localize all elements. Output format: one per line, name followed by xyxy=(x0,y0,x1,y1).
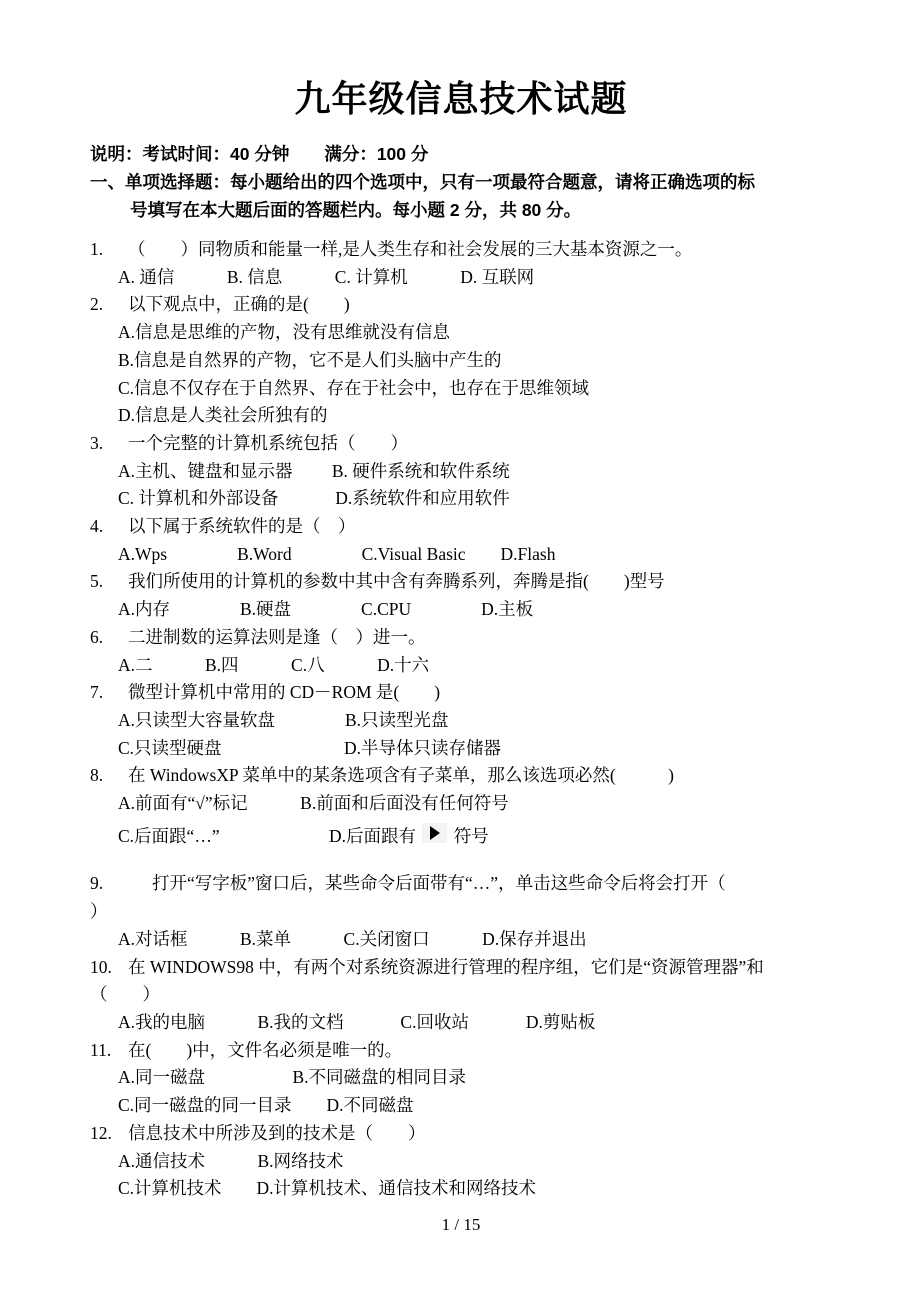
question-stem: 在( )中，文件名必须是唯一的。 xyxy=(128,1037,832,1065)
option-line: A.同一磁盘 B.不同磁盘的相同目录 xyxy=(90,1064,832,1092)
question-stem: 以下观点中，正确的是( ) xyxy=(128,291,832,319)
question-list: 1.（ ）同物质和能量一样,是人类生存和社会发展的三大基本资源之一。A. 通信 … xyxy=(90,236,832,1203)
question-stem-continuation: ） xyxy=(90,898,832,926)
question-row: 1.（ ）同物质和能量一样,是人类生存和社会发展的三大基本资源之一。 xyxy=(90,236,832,264)
question-stem: 我们所使用的计算机的参数中其中含有奔腾系列，奔腾是指( )型号 xyxy=(128,568,832,596)
question-stem: 微型计算机中常用的 CD－ROM 是( ) xyxy=(128,679,832,707)
question-number: 8. xyxy=(90,762,128,790)
option-line: A.我的电脑 B.我的文档 C.回收站 D.剪贴板 xyxy=(90,1009,832,1037)
option-line: D.信息是人类社会所独有的 xyxy=(90,402,832,430)
question-number: 11. xyxy=(90,1037,128,1065)
question-stem: 以下属于系统软件的是（ ） xyxy=(128,513,832,541)
option-line: A.Wps B.Word C.Visual Basic D.Flash xyxy=(90,541,832,569)
option-line: A.通信技术 B.网络技术 xyxy=(90,1148,832,1176)
option-line: C.后面跟“…” D.后面跟有 符号 xyxy=(90,818,832,858)
option-text: 符号 xyxy=(449,826,488,846)
option-line: C. 计算机和外部设备 D.系统软件和应用软件 xyxy=(90,485,832,513)
question-number: 5. xyxy=(90,568,128,596)
question-row: 2.以下观点中，正确的是( ) xyxy=(90,291,832,319)
option-line: A.前面有“√”标记 B.前面和后面没有任何符号 xyxy=(90,790,832,818)
option-line: A.主机、键盘和显示器 B. 硬件系统和软件系统 xyxy=(90,458,832,486)
question-row: 3.一个完整的计算机系统包括（ ） xyxy=(90,430,832,458)
question-row: 11.在( )中，文件名必须是唯一的。 xyxy=(90,1037,832,1065)
question-row: 10.在 WINDOWS98 中，有两个对系统资源进行管理的程序组，它们是“资源… xyxy=(90,954,832,982)
question-row: 4.以下属于系统软件的是（ ） xyxy=(90,513,832,541)
question-stem: 在 WINDOWS98 中，有两个对系统资源进行管理的程序组，它们是“资源管理器… xyxy=(128,954,832,982)
section-heading-line1: 一、单项选择题：每小题给出的四个选项中，只有一项最符合题意，请将正确选项的标 xyxy=(90,168,832,196)
triangle-glyph xyxy=(430,826,440,840)
question-row: 7.微型计算机中常用的 CD－ROM 是( ) xyxy=(90,679,832,707)
option-line: C.同一磁盘的同一目录 D.不同磁盘 xyxy=(90,1092,832,1120)
question-number: 9. xyxy=(90,870,152,898)
option-line: B.信息是自然界的产物，它不是人们头脑中产生的 xyxy=(90,347,832,375)
question-stem: 在 WindowsXP 菜单中的某条选项含有子菜单，那么该选项必然( ) xyxy=(128,762,832,790)
option-line: C.只读型硬盘 D.半导体只读存储器 xyxy=(90,735,832,763)
question-number: 12. xyxy=(90,1120,128,1148)
question-number: 2. xyxy=(90,291,128,319)
option-line: A. 通信 B. 信息 C. 计算机 D. 互联网 xyxy=(90,264,832,292)
exam-note: 说明：考试时间：40 分钟 满分：100 分 xyxy=(90,140,832,168)
question-row: 8.在 WindowsXP 菜单中的某条选项含有子菜单，那么该选项必然( ) xyxy=(90,762,832,790)
question-number: 4. xyxy=(90,513,128,541)
question-row: 5.我们所使用的计算机的参数中其中含有奔腾系列，奔腾是指( )型号 xyxy=(90,568,832,596)
exam-document-page: 九年级信息技术试题 说明：考试时间：40 分钟 满分：100 分 一、单项选择题… xyxy=(0,0,920,1300)
option-line: C.计算机技术 D.计算机技术、通信技术和网络技术 xyxy=(90,1175,832,1203)
question-number: 6. xyxy=(90,624,128,652)
question-stem: 信息技术中所涉及到的技术是（ ） xyxy=(128,1120,832,1148)
question-stem: （ ）同物质和能量一样,是人类生存和社会发展的三大基本资源之一。 xyxy=(128,236,832,264)
question-row: 9.打开“写字板”窗口后，某些命令后面带有“…”，单击这些命令后将会打开（ xyxy=(90,870,832,898)
question-number: 10. xyxy=(90,954,128,982)
question-number: 1. xyxy=(90,236,128,264)
option-line: A.内存 B.硬盘 C.CPU D.主板 xyxy=(90,596,832,624)
question-stem: 二进制数的运算法则是逢（ ）进一。 xyxy=(128,624,832,652)
page-number: 1 / 15 xyxy=(90,1213,832,1237)
submenu-arrow-icon xyxy=(422,823,447,843)
question-stem: 一个完整的计算机系统包括（ ） xyxy=(128,430,832,458)
question-number: 7. xyxy=(90,679,128,707)
option-text: C.后面跟“…” D.后面跟有 xyxy=(118,826,420,846)
question-stem-continuation: （ ） xyxy=(90,981,832,1009)
page-title: 九年级信息技术试题 xyxy=(90,78,832,120)
question-stem: 打开“写字板”窗口后，某些命令后面带有“…”，单击这些命令后将会打开（ xyxy=(152,870,832,898)
option-line: A.信息是思维的产物，没有思维就没有信息 xyxy=(90,319,832,347)
section-heading-line2: 号填写在本大题后面的答题栏内。每小题 2 分，共 80 分。 xyxy=(90,196,832,224)
question-row: 6.二进制数的运算法则是逢（ ）进一。 xyxy=(90,624,832,652)
option-line: A.对话框 B.菜单 C.关闭窗口 D.保存并退出 xyxy=(90,926,832,954)
option-line: A.二 B.四 C.八 D.十六 xyxy=(90,652,832,680)
option-line: C.信息不仅存在于自然界、存在于社会中，也存在于思维领域 xyxy=(90,375,832,403)
question-row: 12.信息技术中所涉及到的技术是（ ） xyxy=(90,1120,832,1148)
option-line: A.只读型大容量软盘 B.只读型光盘 xyxy=(90,707,832,735)
question-number: 3. xyxy=(90,430,128,458)
